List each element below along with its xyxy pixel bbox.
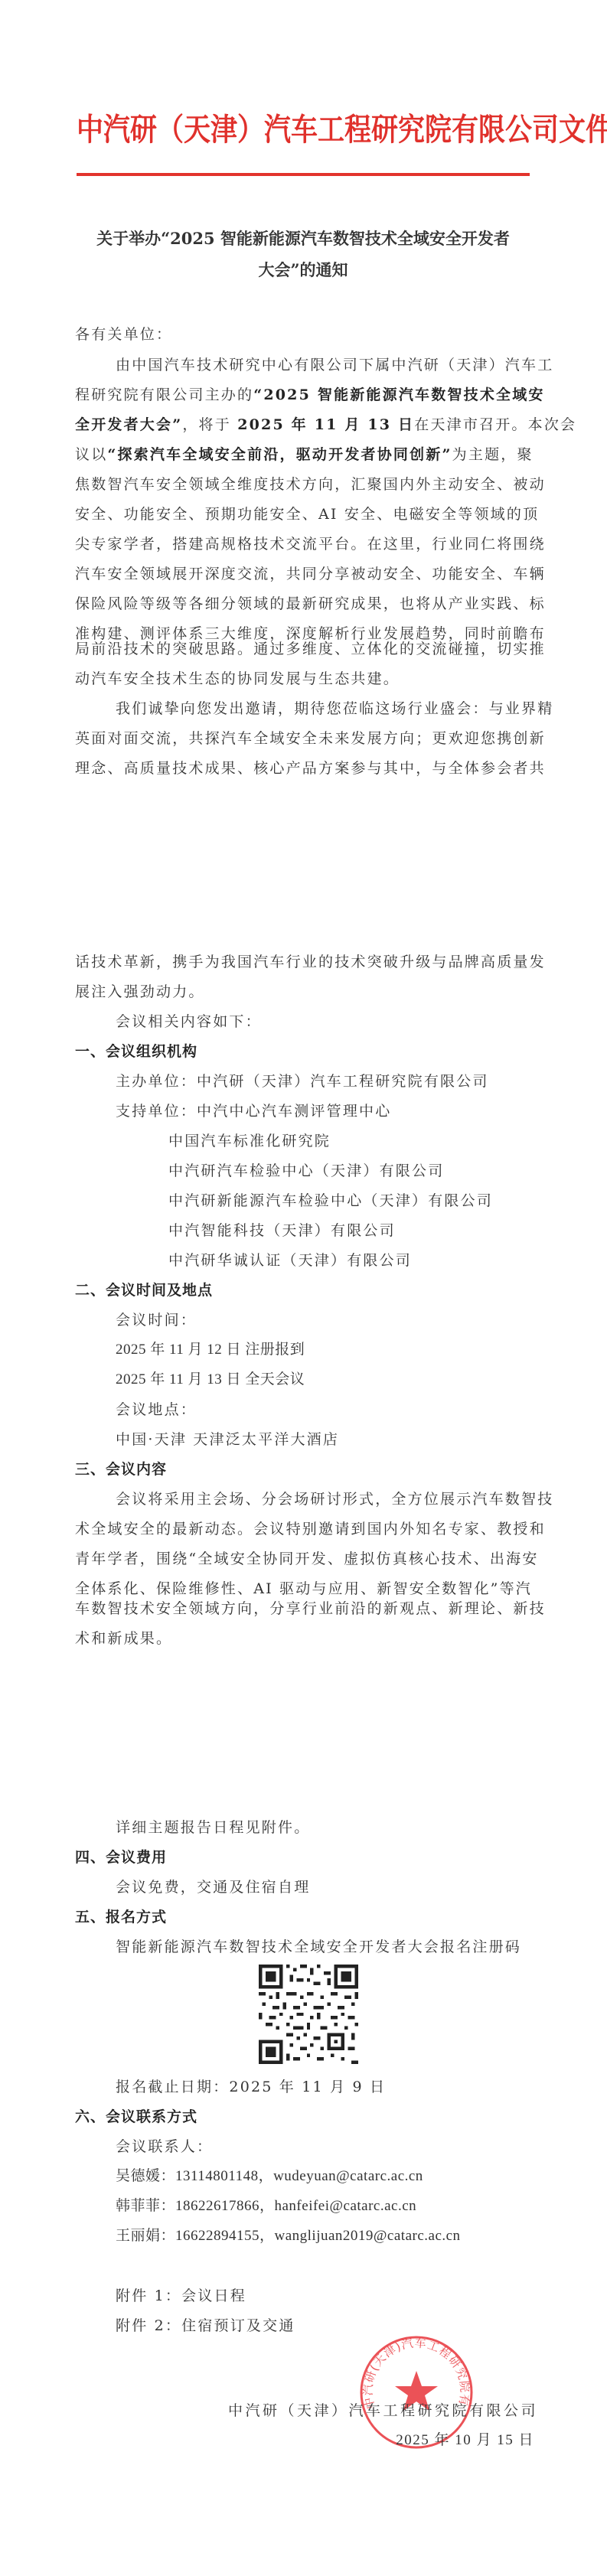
section-heading-time-place: 二、会议时间及地点 <box>75 1281 534 1299</box>
notice-title-line-1: 关于举办“2025 智能新能源汽车数智技术全域安全开发者 <box>77 227 530 249</box>
salutation: 各有关单位： <box>75 325 534 344</box>
content-line: 全体系化、保险维修性、AI 驱动与应用、新智安全数智化”等汽 <box>75 1580 534 1598</box>
content-line: 会议将采用主会场、分会场研讨形式，全方位展示汽车数智技 <box>116 1490 575 1508</box>
place-value: 中国·天津 天津泛太平洋大酒店 <box>116 1430 575 1449</box>
content-line: 青年学者，围绕“全域安全协同开发、虚拟仿真核心技术、出海安 <box>75 1550 534 1568</box>
qr-code-icon[interactable] <box>259 1965 358 2064</box>
schedule-item: 2025 年 11 月 13 日 全天会议 <box>116 1371 575 1389</box>
invite-line: 英面对面交流，共探汽车全域安全未来发展方向；更欢迎您携创新 <box>75 729 534 748</box>
event-name-emphasis: “2025 智能新能源汽车数智技术全域安 <box>253 386 544 403</box>
contact-person: 王丽娟：16622894155，wanglijuan2019@catarc.ac… <box>116 2227 575 2245</box>
registration-deadline: 报名截止日期：2025 年 11 月 9 日 <box>116 2078 575 2096</box>
content-line: 术全域安全的最新动态。会议特别邀请到国内外知名专家、教授和 <box>75 1520 534 1538</box>
intro-line: 动汽车安全技术生态的协同发展与生态共建。 <box>75 670 534 688</box>
intro-line: 由中国汽车技术研究中心有限公司下属中汽研（天津）汽车工 <box>116 356 575 374</box>
supporter-item: 中汽智能科技（天津）有限公司 <box>168 1221 607 1240</box>
contact-person: 韩菲菲：18622617866，hanfeifei@catarc.ac.cn <box>116 2197 575 2216</box>
contact-label: 会议联系人： <box>116 2137 575 2156</box>
signature-org: 中汽研（天津）汽车工程研究院有限公司 <box>228 2402 534 2420</box>
content-line: 车数智技术安全领域方向，分享行业前沿的新观点、新理论、新技 <box>75 1599 534 1618</box>
notice-title-line-2: 大会”的通知 <box>77 258 530 281</box>
intro-line: 尖专家学者，搭建高规格技术交流平台。在这里，行业同仁将围绕 <box>75 535 534 553</box>
qr-caption: 智能新能源汽车数智技术全域安全开发者大会报名注册码 <box>116 1938 575 1956</box>
support-row: 支持单位：中汽中心汽车测评管理中心 <box>116 1102 575 1120</box>
supporter-item: 中国汽车标准化研究院 <box>168 1132 607 1150</box>
attachment-item: 附件 1：会议日程 <box>116 2287 575 2305</box>
attachment-note: 详细主题报告日程见附件。 <box>116 1818 575 1837</box>
host-row: 主办单位：中汽研（天津）汽车工程研究院有限公司 <box>116 1072 575 1091</box>
content-line: 术和新成果。 <box>75 1629 534 1648</box>
intro-line: 议以“探索汽车全域安全前沿，驱动开发者协同创新”为主题，聚 <box>75 445 534 464</box>
section-heading-organization: 一、会议组织机构 <box>75 1042 534 1061</box>
place-label: 会议地点： <box>116 1400 575 1419</box>
section-heading-contact: 六、会议联系方式 <box>75 2108 534 2126</box>
invite-line: 我们诚挚向您发出邀请，期待您莅临这场行业盛会：与业界精 <box>116 699 575 718</box>
contact-person: 吴德媛：13114801148，wudeyuan@catarc.ac.cn <box>116 2167 575 2186</box>
intro-line: 安全、功能安全、预期功能安全、AI 安全、电磁安全等领域的顶 <box>75 505 534 523</box>
section-heading-fees: 四、会议费用 <box>75 1848 534 1867</box>
intro-line: 局前沿技术的突破思路。通过多维度、立体化的交流碰撞，切实推 <box>75 640 534 658</box>
invite-line: 话技术革新，携手为我国汽车行业的技术突破升级与品牌高质量发 <box>75 953 534 971</box>
fees-text: 会议免费，交通及住宿自理 <box>116 1878 575 1896</box>
intro-line: 汽车安全领域展开深度交流，共同分享被动安全、功能安全、车辆 <box>75 565 534 583</box>
org-file-title: 中汽研（天津）汽车工程研究院有限公司文件 <box>77 106 530 150</box>
invite-line: 理念、高质量技术成果、核心产品方案参与其中，与全体参会者共 <box>75 759 534 778</box>
section-heading-content: 三、会议内容 <box>75 1460 534 1479</box>
intro-line: 焦数智汽车安全领域全维度技术方向，汇聚国内外主动安全、被动 <box>75 475 534 494</box>
intro-line: 程研究院有限公司主办的“2025 智能新能源汽车数智技术全域安 <box>75 386 534 404</box>
supporter-item: 中汽研汽车检验中心（天津）有限公司 <box>168 1162 607 1180</box>
intro-line: 保险风险等级等各细分领域的最新研究成果，也将从产业实践、标 <box>75 595 534 613</box>
signature-date: 2025 年 10 月 15 日 <box>366 2431 534 2450</box>
section-heading-registration: 五、报名方式 <box>75 1908 534 1926</box>
supporter-item: 中汽研新能源汽车检验中心（天津）有限公司 <box>168 1192 607 1210</box>
supporter-item: 中汽研华诚认证（天津）有限公司 <box>168 1251 607 1270</box>
schedule-item: 2025 年 11 月 12 日 注册报到 <box>116 1341 575 1359</box>
theme-emphasis: “探索汽车全域安全前沿，驱动开发者协同创新” <box>107 446 452 463</box>
intro-line: 全开发者大会”，将于 2025 年 11 月 13 日在天津市召开。本次会 <box>75 416 534 434</box>
red-divider <box>77 173 530 176</box>
invite-line: 展注入强劲动力。 <box>75 983 534 1001</box>
attachment-item: 附件 2：住宿预订及交通 <box>116 2317 575 2335</box>
time-label: 会议时间： <box>116 1311 575 1329</box>
content-intro: 会议相关内容如下： <box>116 1012 575 1031</box>
